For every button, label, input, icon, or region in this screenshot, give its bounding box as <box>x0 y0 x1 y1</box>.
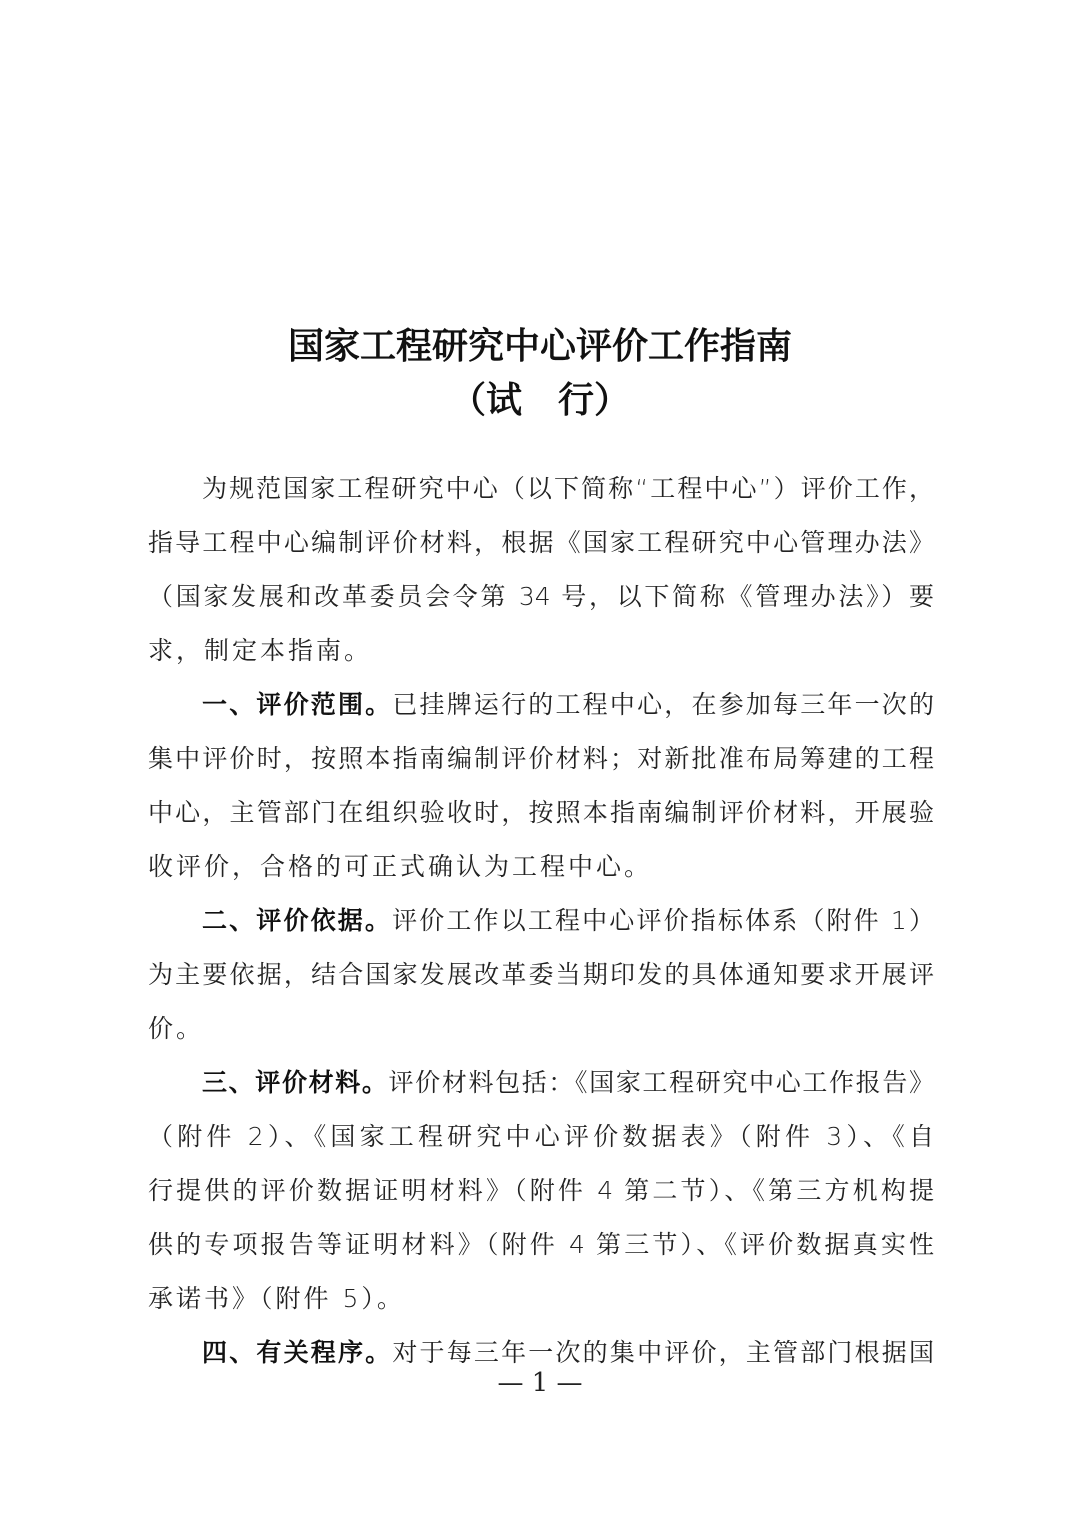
paragraph-section-1: 一、评价范围。已挂牌运行的工程中心，在参加每三年一次的 集中评价时，按照本指南编… <box>148 678 934 894</box>
section-heading: 二、评价依据。 <box>202 906 392 935</box>
text-line: 一、评价范围。已挂牌运行的工程中心，在参加每三年一次的 <box>148 678 934 732</box>
text-line: 行提供的评价数据证明材料》（附件 4 第二节）、《第三方机构提 <box>148 1164 934 1218</box>
section-text: 已挂牌运行的工程中心，在参加每三年一次的 <box>392 690 934 719</box>
paragraph-section-2: 二、评价依据。评价工作以工程中心评价指标体系（附件 1） 为主要依据，结合国家发… <box>148 894 934 1056</box>
text-line: 供的专项报告等证明材料》（附件 4 第三节）、《评价数据真实性 <box>148 1218 934 1272</box>
section-text: 评价工作以工程中心评价指标体系（附件 1） <box>392 906 934 935</box>
text-line: 三、评价材料。评价材料包括：《国家工程研究中心工作报告》 <box>148 1056 934 1110</box>
text-line: 为规范国家工程研究中心（以下简称“工程中心”）评价工作， <box>148 462 934 516</box>
document-body: 为规范国家工程研究中心（以下简称“工程中心”）评价工作， 指导工程中心编制评价材… <box>148 462 934 1380</box>
text-line: 求，制定本指南。 <box>148 624 934 678</box>
document-subtitle: （试 行） <box>0 376 1080 424</box>
text-line: （附件 2）、《国家工程研究中心评价数据表》（附件 3）、《自 <box>148 1110 934 1164</box>
page-number: — 1 — <box>0 1363 1080 1403</box>
text-line: 为主要依据，结合国家发展改革委当期印发的具体通知要求开展评 <box>148 948 934 1002</box>
text-line: 中心，主管部门在组织验收时，按照本指南编制评价材料，开展验 <box>148 786 934 840</box>
document-title: 国家工程研究中心评价工作指南 <box>0 322 1080 370</box>
section-heading: 一、评价范围。 <box>202 690 392 719</box>
section-text: 评价材料包括：《国家工程研究中心工作报告》 <box>389 1068 934 1097</box>
document-page: 国家工程研究中心评价工作指南 （试 行） 为规范国家工程研究中心（以下简称“工程… <box>0 0 1080 1528</box>
text-line: 二、评价依据。评价工作以工程中心评价指标体系（附件 1） <box>148 894 934 948</box>
text-line: 承诺书》（附件 5）。 <box>148 1272 934 1326</box>
text-line: 指导工程中心编制评价材料，根据《国家工程研究中心管理办法》 <box>148 516 934 570</box>
section-heading: 三、评价材料。 <box>202 1068 389 1097</box>
text-line: 集中评价时，按照本指南编制评价材料；对新批准布局筹建的工程 <box>148 732 934 786</box>
text-line: （国家发展和改革委员会令第 34 号，以下简称《管理办法》）要 <box>148 570 934 624</box>
paragraph-intro: 为规范国家工程研究中心（以下简称“工程中心”）评价工作， 指导工程中心编制评价材… <box>148 462 934 678</box>
paragraph-section-3: 三、评价材料。评价材料包括：《国家工程研究中心工作报告》 （附件 2）、《国家工… <box>148 1056 934 1326</box>
text-line: 价。 <box>148 1002 934 1056</box>
text-line: 收评价，合格的可正式确认为工程中心。 <box>148 840 934 894</box>
